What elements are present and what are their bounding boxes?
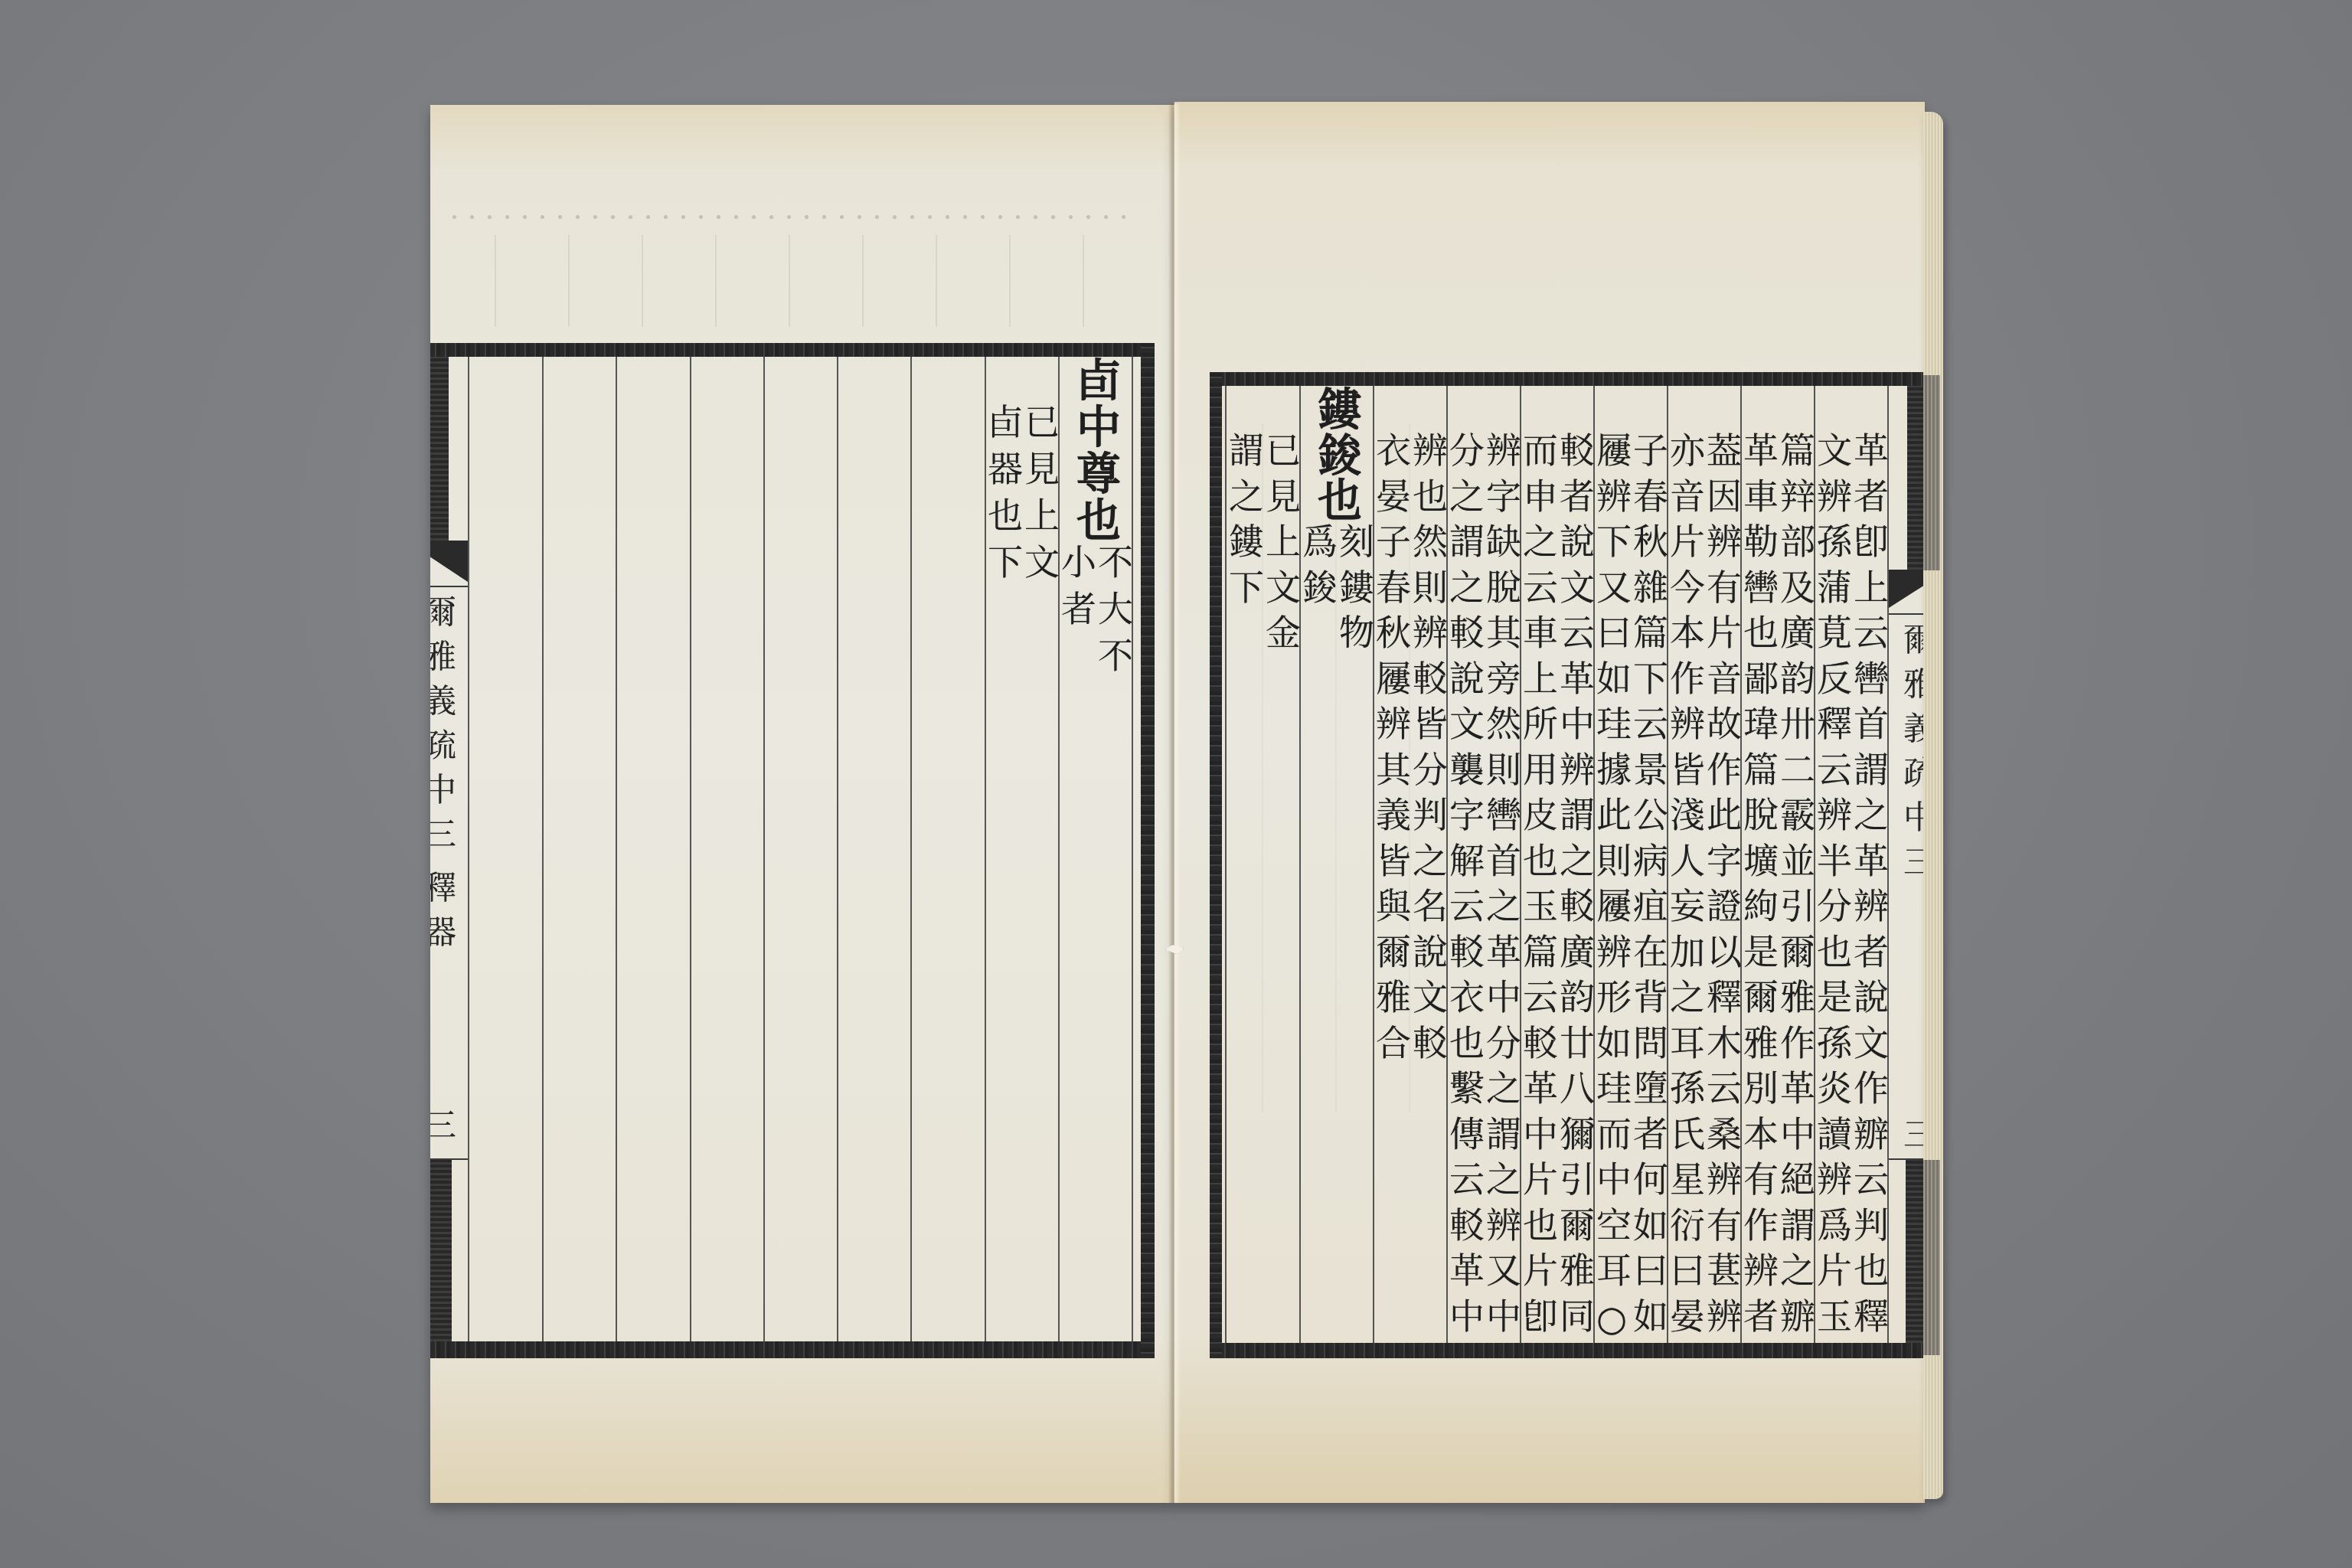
banxin-bottom-block — [430, 1160, 452, 1341]
commentary: 革者卽上云轡首謂之革辨者說文作辧云判也釋 文辨孫蒲莧反釋云辨半分也是孫炎讀辨爲片… — [1814, 432, 1887, 1343]
annotation: 刻鏤物 爲鋑 — [1299, 523, 1373, 660]
frame-left-border — [1210, 372, 1222, 1358]
blank-line — [764, 357, 838, 1341]
commentary-left-row: 卣器也下 — [985, 403, 1021, 590]
erya-entry-heading: 鏤鋑也 — [1302, 386, 1370, 523]
page-number: 三 — [430, 1108, 456, 1152]
text-line-7: 辨也然則辨䡈皆分判之名說文䡈 衣晏子春秋屨辨其義皆與爾雅合 — [1373, 386, 1446, 1343]
frame-bottom-border — [430, 1341, 1155, 1358]
show-through-marks — [446, 211, 1135, 227]
commentary-right-row: 子春秋雜篇下云景公病疽在背問墮者何如曰如 — [1630, 432, 1667, 1349]
commentary: 子春秋雜篇下云景公病疽在背問墮者何如曰如 屨辨下又曰如珪據此則屨辨形如珪而中空耳… — [1593, 432, 1667, 1349]
blank-line — [911, 357, 985, 1341]
annotation-left-row: 小者 — [1058, 544, 1095, 684]
text-line-5: 䡈者說文云革中辨謂之䡈廣韵廿八獮引爾雅同 而申之云車上所用皮也玉篇云䡈革中片也片… — [1520, 386, 1593, 1343]
commentary-left-row: 革車勒轡也鄙瑋篇脫壙絇是爾雅別本有作辨者 — [1740, 432, 1777, 1343]
text-line-2: 已見上文 卣器也下 — [985, 357, 1058, 1341]
blank-line — [544, 357, 617, 1341]
left-page-text: 卣中尊也 不大不 小者 已見上文 卣器也下 — [470, 357, 1132, 1341]
fish-tail-mark — [1889, 570, 1925, 608]
frame-right-border — [1141, 343, 1155, 1358]
show-through-lines — [461, 235, 1135, 327]
text-line-2: 篇辡部及廣韵卅二霰並引爾雅作革中絕謂之辧 革車勒轡也鄙瑋篇脫壙絇是爾雅別本有作辨… — [1740, 386, 1814, 1343]
text-line-6: 辨字缺脫其旁然則轡首之革中分之謂之辨又中 分之謂之䡈說文襲字解云䡈衣也繫傳云䡈革… — [1446, 386, 1520, 1343]
right-page: 爾雅義疏中三 三 革者卽上云轡首謂之革辨者說文作辧云判也釋 文辨孫蒲莧反釋云辨半… — [1174, 102, 1925, 1503]
blank-line — [617, 357, 691, 1341]
edge-ink-band — [1923, 1160, 1940, 1355]
commentary: 辨也然則辨䡈皆分判之名說文䡈 衣晏子春秋屨辨其義皆與爾雅合 — [1373, 432, 1446, 1070]
banxin-section: 釋器 — [430, 871, 456, 959]
commentary-right-row: 辨字缺脫其旁然則轡首之革中分之謂之辨又中 — [1483, 432, 1520, 1343]
commentary: 辨字缺脫其旁然則轡首之革中分之謂之辨又中 分之謂之䡈說文襲字解云䡈衣也繫傳云䡈革… — [1446, 432, 1520, 1343]
annotation: 不大不 小者 — [1058, 544, 1132, 684]
annotation-left-row: 爲鋑 — [1299, 523, 1336, 660]
banxin-bottom-block — [1906, 1160, 1925, 1343]
banxin-title: 爾雅義疏中三 — [430, 595, 456, 861]
text-line-4: 子春秋雜篇下云景公病疽在背問墮者何如曰如 屨辨下又曰如珪據此則屨辨形如珪而中空耳… — [1593, 386, 1667, 1343]
frame-inner-line — [1132, 357, 1133, 1341]
text-line-1: 革者卽上云轡首謂之革辨者說文作辧云判也釋 文辨孫蒲莧反釋云辨半分也是孫炎讀辨爲片… — [1814, 386, 1887, 1343]
commentary-right-row: 已見上文 — [1021, 403, 1058, 590]
commentary: 葢因辨有片音故作此字證以釋木云桑辨有葚辨 亦音片今本作辨皆淺人妄加之耳孫氏星衍曰… — [1667, 432, 1740, 1343]
edge-ink-band — [1923, 375, 1940, 570]
erya-entry-heading: 卣中尊也 — [1060, 357, 1129, 544]
fish-tail-mark — [430, 541, 468, 582]
text-line-1: 卣中尊也 不大不 小者 — [1058, 357, 1132, 1341]
frame-top-border — [430, 343, 1155, 357]
banxin-top-block — [430, 357, 449, 541]
commentary-right-row: 辨也然則辨䡈皆分判之名說文䡈 — [1410, 432, 1446, 1070]
commentary-left-row: 文辨孫蒲莧反釋云辨半分也是孫炎讀辨爲片玉 — [1814, 432, 1851, 1343]
blank-line — [838, 357, 911, 1341]
commentary-left-row: 亦音片今本作辨皆淺人妄加之耳孫氏星衍曰晏 — [1667, 432, 1704, 1343]
commentary-left-row: 謂之鏤下 — [1226, 432, 1263, 660]
commentary-right-row: 革者卽上云轡首謂之革辨者說文作辧云判也釋 — [1851, 432, 1887, 1343]
text-line-9: 已見上文金 謂之鏤下 — [1226, 386, 1299, 1343]
commentary: 已見上文金 謂之鏤下 — [1226, 432, 1299, 660]
left-page: 爾雅義疏中三 釋器 三 卣中尊也 不大不 小者 已見上文 卣器也下 — [430, 105, 1174, 1503]
text-line-3: 葢因辨有片音故作此字證以釋木云桑辨有葚辨 亦音片今本作辨皆淺人妄加之耳孫氏星衍曰… — [1667, 386, 1740, 1343]
commentary: 䡈者說文云革中辨謂之䡈廣韵廿八獮引爾雅同 而申之云車上所用皮也玉篇云䡈革中片也片… — [1520, 432, 1593, 1343]
banxin-title: 爾雅義疏中三 — [1899, 622, 1925, 889]
photo-scene: 爾雅義疏中三 釋器 三 卣中尊也 不大不 小者 已見上文 卣器也下 — [0, 0, 2352, 1568]
annotation-right-row: 刻鏤物 — [1336, 523, 1373, 660]
blank-line — [691, 357, 764, 1341]
blank-line — [470, 357, 544, 1341]
commentary: 篇辡部及廣韵卅二霰並引爾雅作革中絕謂之辧 革車勒轡也鄙瑋篇脫壙絇是爾雅別本有作辨… — [1740, 432, 1814, 1343]
commentary-right-row: 葢因辨有片音故作此字證以釋木云桑辨有葚辨 — [1704, 432, 1740, 1343]
commentary-left-row: 而申之云車上所用皮也玉篇云䡈革中片也片卽 — [1520, 432, 1557, 1343]
banxin-top-block — [1907, 386, 1925, 570]
commentary-left-row: 分之謂之䡈說文襲字解云䡈衣也繫傳云䡈革中 — [1446, 432, 1483, 1343]
right-page-text: 革者卽上云轡首謂之革辨者說文作辧云判也釋 文辨孫蒲莧反釋云辨半分也是孫炎讀辨爲片… — [1226, 386, 1887, 1343]
page-number: 三 — [1899, 1117, 1925, 1161]
annotation-right-row: 不大不 — [1095, 544, 1132, 684]
commentary: 已見上文 卣器也下 — [985, 403, 1058, 590]
banxin-line — [1889, 613, 1925, 615]
commentary-left-row: 衣晏子春秋屨辨其義皆與爾雅合 — [1373, 432, 1410, 1070]
commentary-left-row: 屨辨下又曰如珪據此則屨辨形如珪而中空耳○ — [1593, 432, 1630, 1349]
banxin-divider — [468, 357, 469, 1341]
banxin-line — [430, 586, 468, 587]
gutter-fold — [1168, 103, 1181, 1503]
frame-top-border — [1210, 372, 1925, 386]
commentary-right-row: 篇辡部及廣韵卅二霰並引爾雅作革中絕謂之辧 — [1777, 432, 1814, 1343]
text-line-8: 鏤鋑也 刻鏤物 爲鋑 — [1299, 386, 1373, 1343]
frame-bottom-border — [1210, 1343, 1925, 1358]
commentary-right-row: 䡈者說文云革中辨謂之䡈廣韵廿八獮引爾雅同 — [1557, 432, 1593, 1343]
commentary-right-row: 已見上文金 — [1263, 432, 1299, 660]
